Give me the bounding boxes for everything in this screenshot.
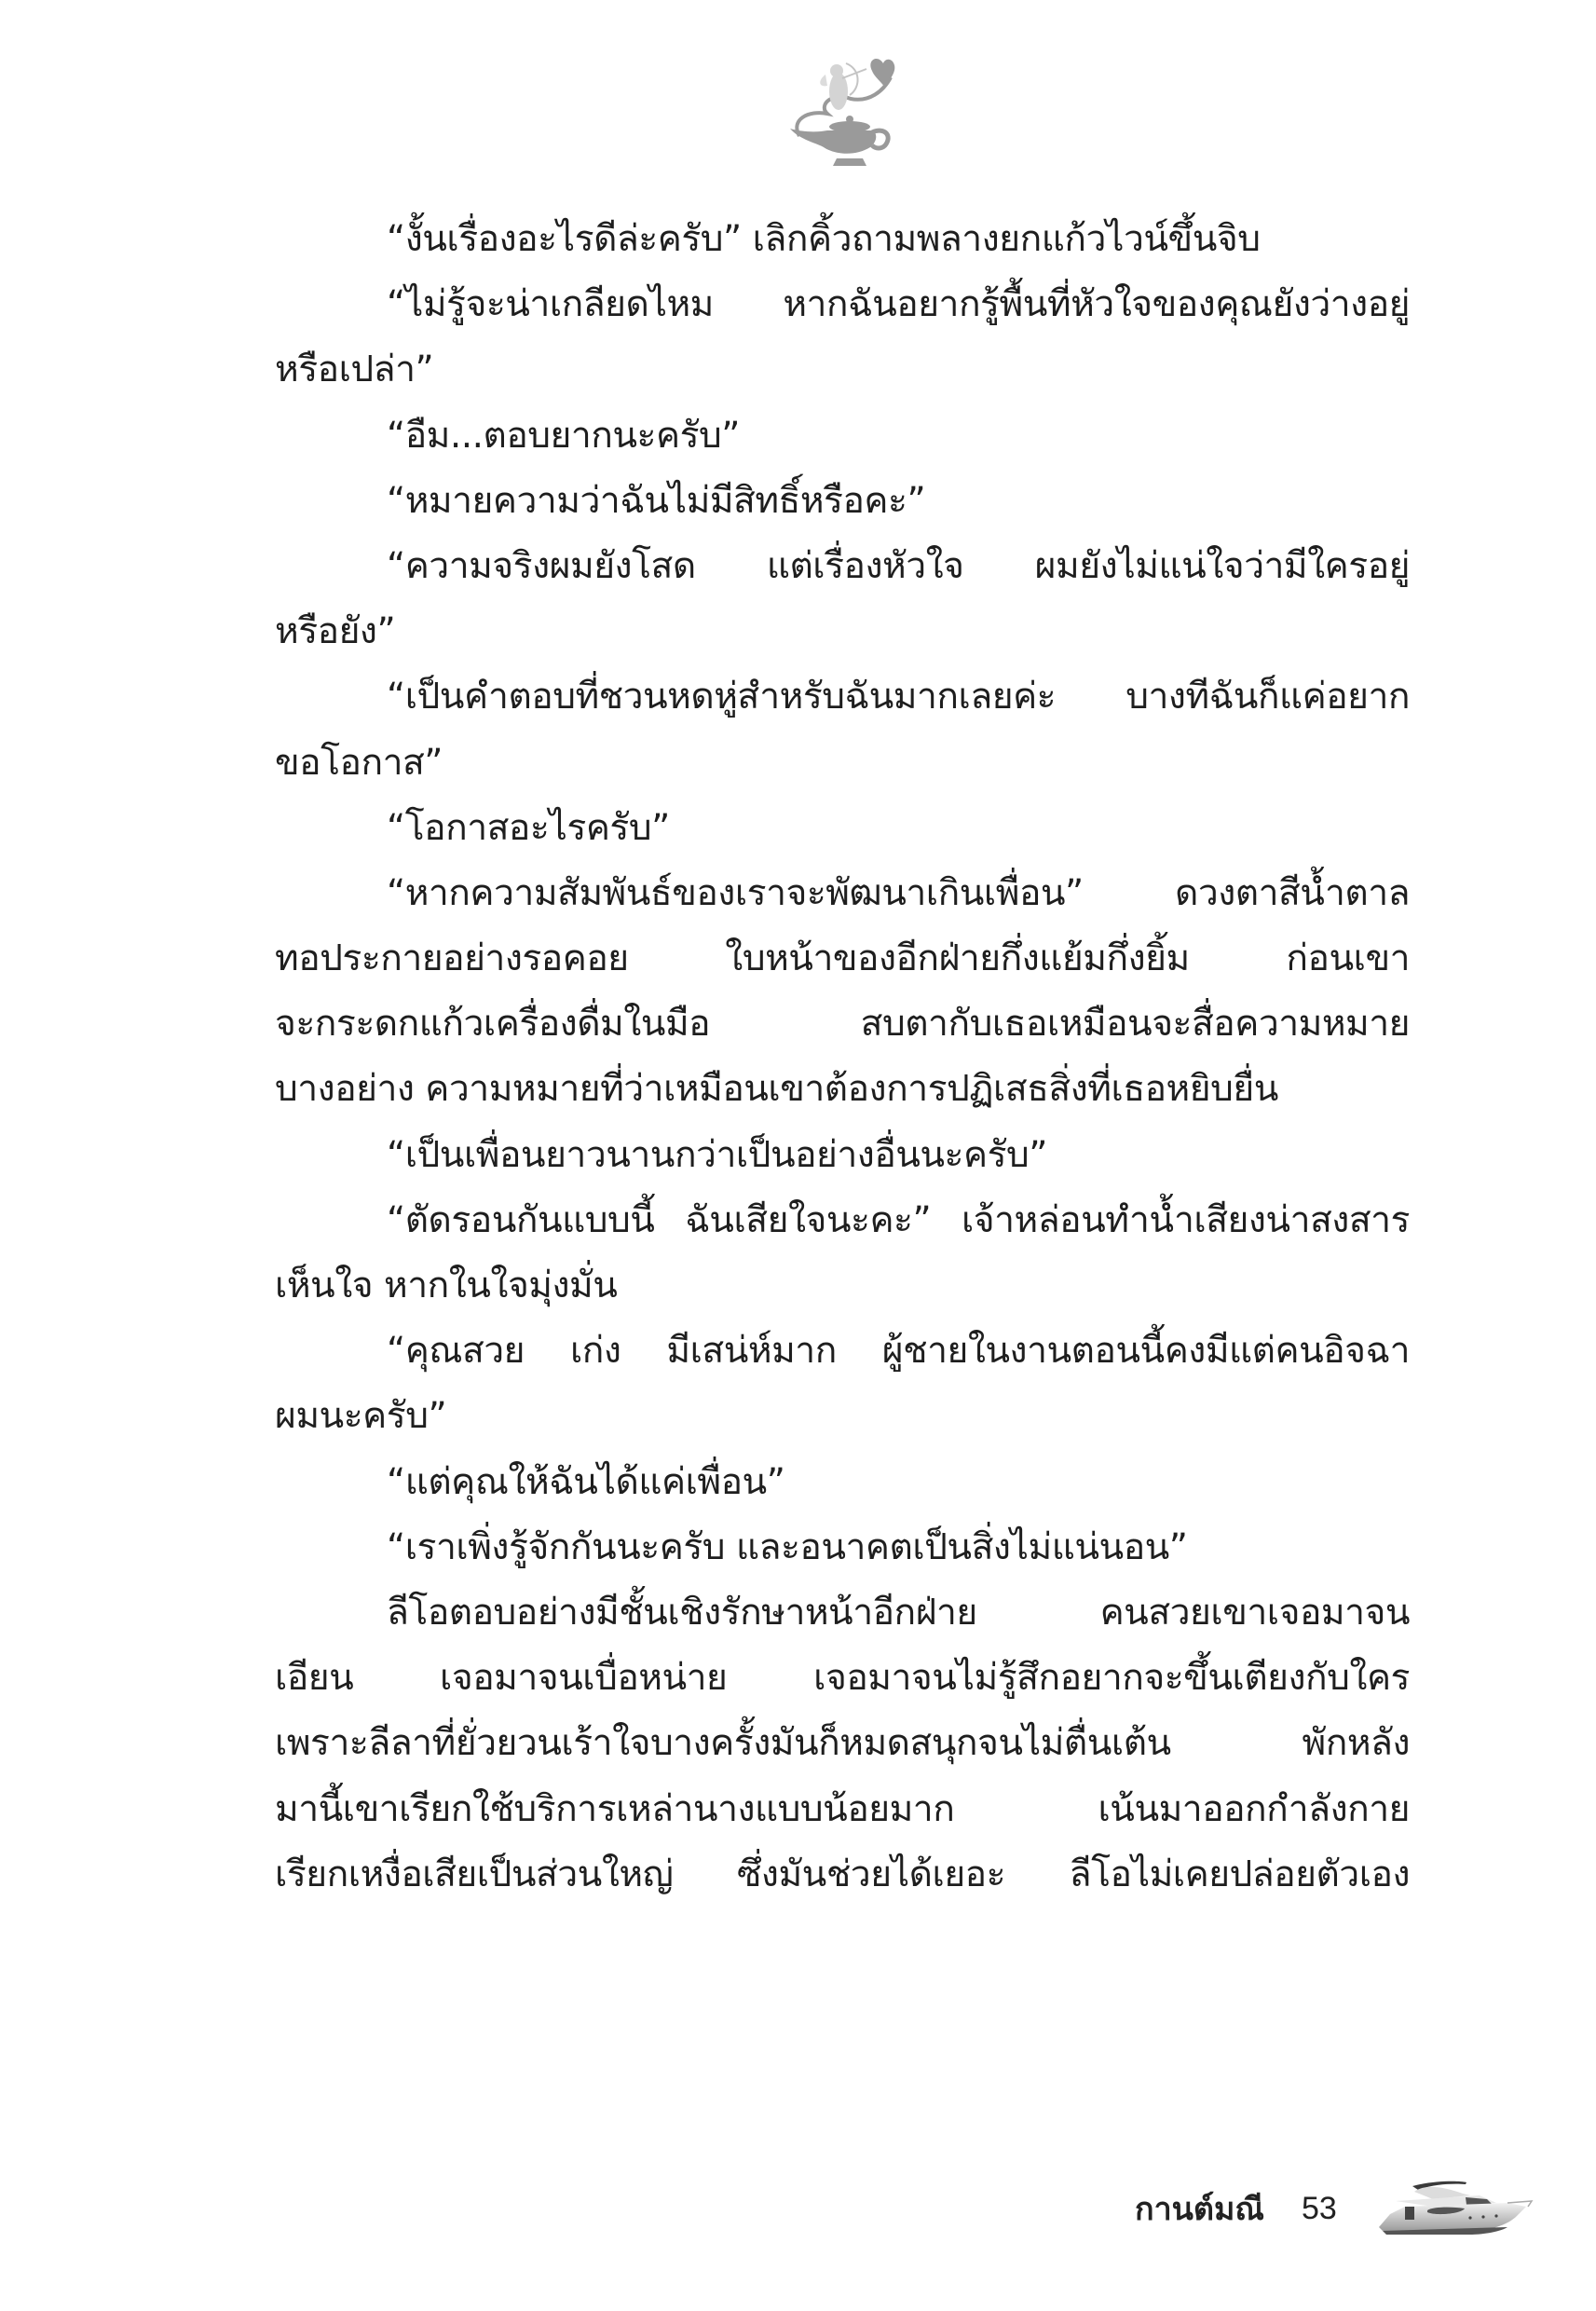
text-line: “โอกาสอะไรครับ” — [275, 796, 1410, 861]
cupid-genie-lamp-icon — [781, 54, 902, 173]
text-line: หรือเปล่า” — [275, 337, 1410, 403]
text-line: “งั้นเรื่องอะไรดีล่ะครับ” เลิกคิ้วถามพลา… — [275, 207, 1410, 272]
text-line: ผมนะครับ” — [275, 1384, 1410, 1449]
text-line: ลีโอตอบอย่างมีชั้นเชิงรักษาหน้าอีกฝ่าย ค… — [275, 1580, 1410, 1646]
text-line: “แต่คุณให้ฉันได้แค่เพื่อน” — [275, 1450, 1410, 1515]
text-line: “เป็นเพื่อนยาวนานกว่าเป็นอย่างอื่นนะครับ… — [275, 1123, 1410, 1188]
body-text: “งั้นเรื่องอะไรดีล่ะครับ” เลิกคิ้วถามพลา… — [275, 207, 1410, 1908]
yacht-icon — [1377, 2179, 1534, 2236]
text-line: “ไม่รู้จะน่าเกลียดไหม หากฉันอยากรู้พื้นท… — [275, 272, 1410, 337]
text-line: มานี้เขาเรียกใช้บริการเหล่านางแบบน้อยมาก… — [275, 1777, 1410, 1842]
text-line: เอียน เจอมาจนเบื่อหน่าย เจอมาจนไม่รู้สึก… — [275, 1646, 1410, 1711]
page-footer: กานต์มณี 53 — [1135, 2181, 1337, 2236]
text-line: “เราเพิ่งรู้จักกันนะครับ และอนาคตเป็นสิ่… — [275, 1515, 1410, 1580]
text-line: จะกระดกแก้วเครื่องดื่มในมือ สบตากับเธอเห… — [275, 991, 1410, 1057]
text-line: เห็นใจ หากในใจมุ่งมั่น — [275, 1253, 1410, 1319]
text-line: ขอโอกาส” — [275, 731, 1410, 796]
text-line: บางอย่าง ความหมายที่ว่าเหมือนเขาต้องการป… — [275, 1057, 1410, 1122]
author-name: กานต์มณี — [1135, 2183, 1264, 2234]
text-line: เพราะลีลาที่ยั่วยวนเร้าใจบางครั้งมันก็หม… — [275, 1711, 1410, 1776]
text-line: “คุณสวย เก่ง มีเสน่ห์มาก ผู้ชายในงานตอนน… — [275, 1319, 1410, 1384]
text-line: “หมายความว่าฉันไม่มีสิทธิ์หรือคะ” — [275, 469, 1410, 534]
text-line: หรือยัง” — [275, 599, 1410, 664]
text-line: เรียกเหงื่อเสียเป็นส่วนใหญ่ ซึ่งมันช่วยไ… — [275, 1842, 1410, 1908]
text-line: “หากความสัมพันธ์ของเราจะพัฒนาเกินเพื่อน”… — [275, 861, 1410, 926]
text-line: “ความจริงผมยังโสด แต่เรื่องหัวใจ ผมยังไม… — [275, 534, 1410, 599]
text-line: ทอประกายอย่างรอคอย ใบหน้าของอีกฝ่ายกึ่งแ… — [275, 926, 1410, 991]
text-line: “ตัดรอนกันแบบนี้ ฉันเสียใจนะคะ” เจ้าหล่อ… — [275, 1188, 1410, 1253]
text-line: “อืม...ตอบยากนะครับ” — [275, 403, 1410, 469]
page-number: 53 — [1302, 2191, 1337, 2227]
text-line: “เป็นคำตอบที่ชวนหดหู่สำหรับฉันมากเลยค่ะ … — [275, 664, 1410, 730]
